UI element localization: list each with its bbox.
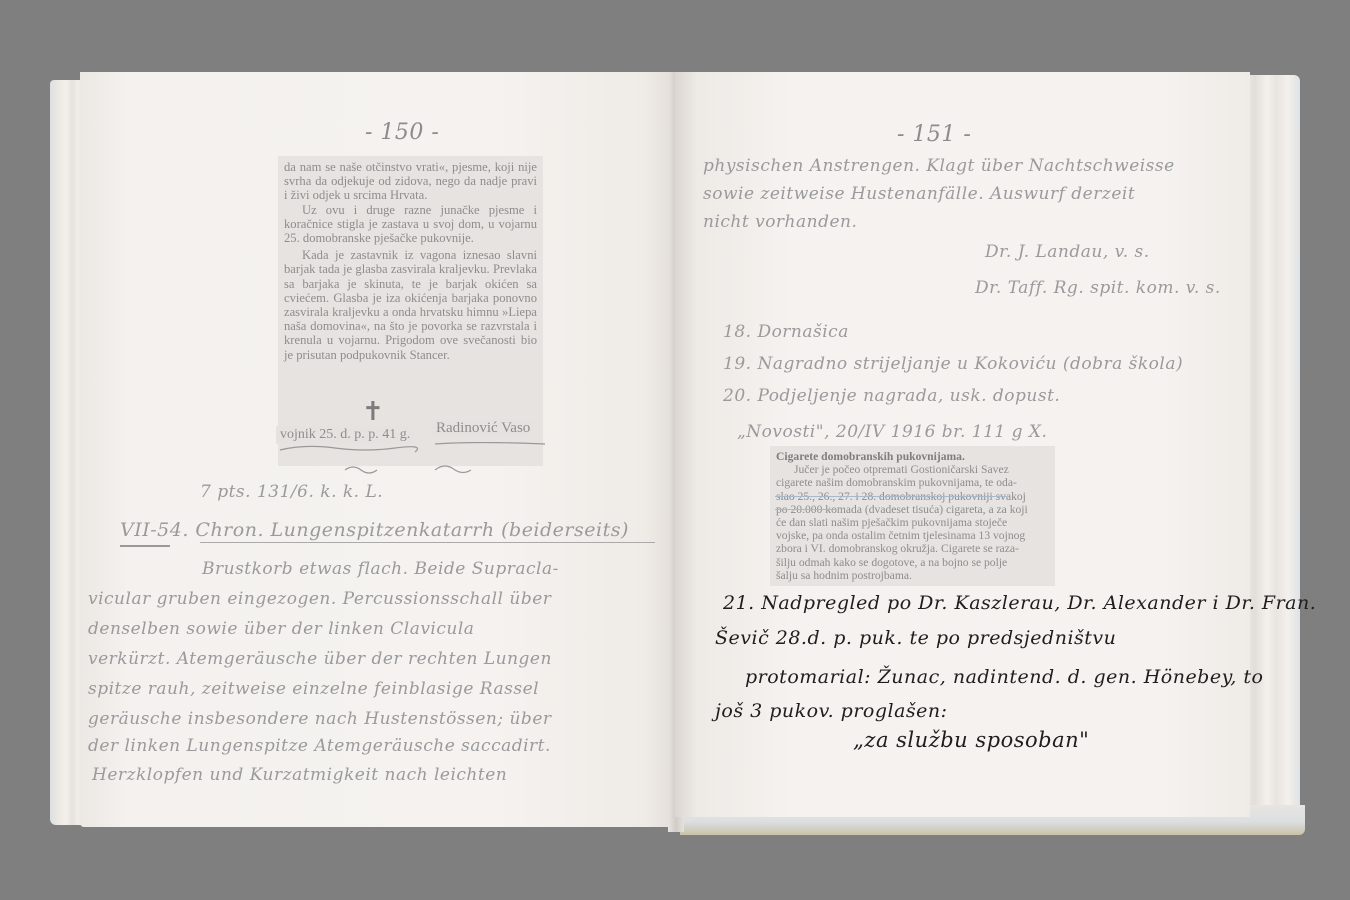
- newspaper-source-note: „Novosti", 20/IV 1916 br. 111 g X.: [737, 422, 1047, 442]
- clipping-title: Cigarete domobranskih pukovnijama.: [776, 450, 1049, 463]
- ink-entry: 21. Nadpregled po Dr. Kaszlerau, Dr. Ale…: [723, 592, 1316, 614]
- hand-line: nicht vorhanden.: [703, 212, 857, 232]
- hand-line: sowie zeitweise Hustenanfälle. Auswurf d…: [703, 184, 1135, 204]
- underline-squiggles: [275, 442, 635, 482]
- clipping-line: zbora i VI. domobranskog okružja. Cigare…: [776, 542, 1049, 555]
- numbered-entry: 18. Dornašica: [723, 322, 849, 342]
- right-page: - 151 - physischen Anstrengen. Klagt übe…: [675, 72, 1250, 817]
- hand-line: geräusche insbesondere nach Hustenstösse…: [88, 709, 552, 729]
- clipping-line: će dan slati našim pješačkim pukovnijama…: [776, 516, 1049, 529]
- blue-underline: [775, 509, 835, 510]
- hand-line: verkürzt. Atemgeräusche über der rechten…: [88, 649, 552, 669]
- hand-line: Brustkorb etwas flach. Beide Supracla-: [202, 559, 559, 579]
- hand-line: der linken Lungenspitze Atemgeräusche sa…: [88, 736, 551, 756]
- ink-entry: protomarial: Žunac, nadintend. d. gen. H…: [745, 666, 1263, 688]
- open-book: - 150 - da nam se naše otčinstvo vrati«,…: [0, 0, 1350, 900]
- newspaper-clipping-cigarettes: Cigarete domobranskih pukovnijama. Jučer…: [770, 446, 1055, 586]
- hand-line: vicular gruben eingezogen. Percussionssc…: [88, 589, 551, 609]
- fit-for-service-verdict: „za službu sposoban": [853, 728, 1089, 752]
- death-cross-symbol: ✝: [362, 397, 384, 427]
- hand-line: spitze rauh, zeitweise einzelne feinblas…: [88, 679, 539, 699]
- hand-line: physischen Anstrengen. Klagt über Nachts…: [703, 156, 1175, 176]
- signature: Dr. J. Landau, v. s.: [985, 242, 1150, 262]
- blue-underline: [775, 496, 1007, 497]
- numbered-entry: 19. Nagradno strijeljanje u Kokoviću (do…: [723, 354, 1183, 374]
- hand-diagnosis-heading: VII-54. Chron. Lungenspitzenkatarrh (bei…: [120, 519, 629, 541]
- numbered-entry: 20. Podjeljenje nagrada, usk. dopust.: [723, 386, 1060, 406]
- ink-entry: Ševič 28.d. p. puk. te po predsjedništvu: [715, 627, 1116, 649]
- diagnosis-number-underline: [120, 545, 170, 547]
- clipping-line: šilju odmah kako se dogotove, a na bojno…: [776, 556, 1049, 569]
- hand-line: denselben sowie über der linken Clavicul…: [88, 619, 474, 639]
- hand-line: Herzklopfen und Kurzatmigkeit nach leich…: [92, 765, 507, 785]
- ink-entry: još 3 pukov. proglašen:: [715, 700, 948, 722]
- left-page: - 150 - da nam se naše otčinstvo vrati«,…: [80, 72, 675, 827]
- clipping-line: cigarete našim domobranskim pukovnijama,…: [776, 476, 1049, 489]
- signature: Dr. Taff. Rg. spit. kom. v. s.: [975, 278, 1221, 298]
- clipping-line: šalju sa hodnim postrojbama.: [776, 569, 1049, 582]
- clipping-paragraph: Uz ovu i druge razne junačke pjesme i ko…: [284, 203, 537, 246]
- clipping-paragraph: Kada je zastavnik iz vagona iznesao slav…: [284, 248, 537, 362]
- hand-line: 7 pts. 131/6. k. k. L.: [200, 482, 383, 502]
- clipping-paragraph: da nam se naše otčinstvo vrati«, pjesme,…: [284, 160, 537, 203]
- diagnosis-text-underline: [200, 542, 655, 543]
- page-number-right: - 151 -: [897, 122, 971, 147]
- page-number-left: - 150 -: [365, 120, 439, 145]
- death-notice-name-clip: Radinović Vaso: [432, 419, 534, 438]
- clipping-line: Jučer je počeo otpremati Gostioničarski …: [776, 463, 1049, 476]
- clipping-line: vojske, pa onda ostalim četnim tjelesina…: [776, 529, 1049, 542]
